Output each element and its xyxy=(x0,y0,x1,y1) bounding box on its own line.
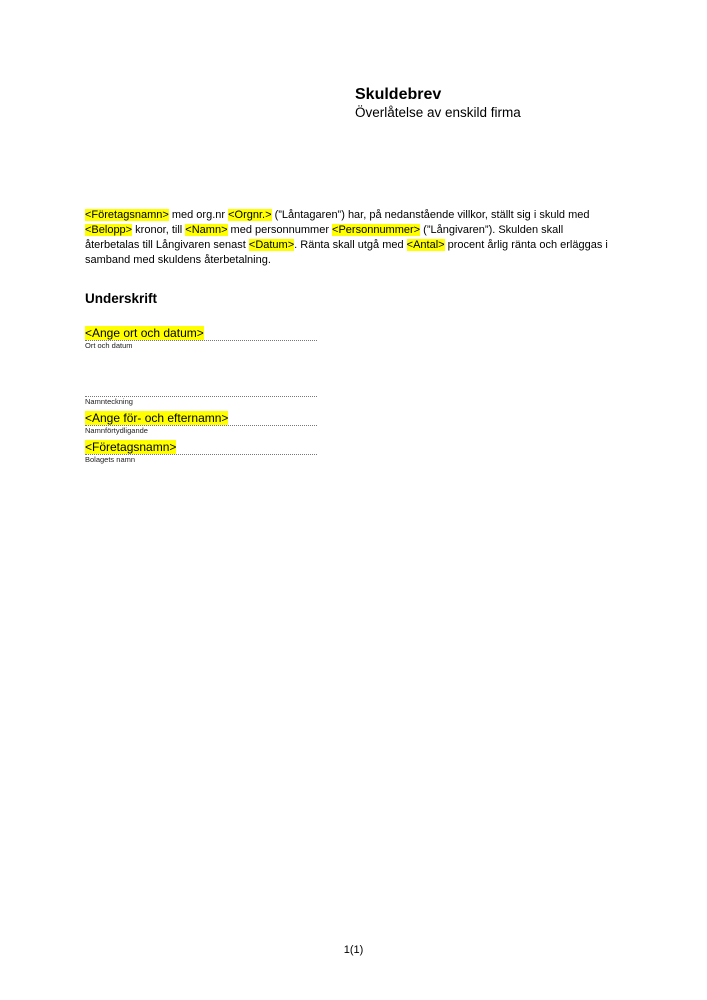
place-date-placeholder[interactable]: <Ange ort och datum> xyxy=(85,326,204,340)
signature-field-signature: Namnteckning xyxy=(85,382,317,407)
name-clarification-placeholder[interactable]: <Ange för- och efternamn> xyxy=(85,411,228,425)
company-name-placeholder[interactable]: <Företagsnamn> xyxy=(85,440,176,454)
placeholder-field[interactable]: <Belopp> xyxy=(85,224,132,236)
signature-label: Namnteckning xyxy=(85,397,317,407)
signature-field-name-clarification: <Ange för- och efternamn> Namnförtydliga… xyxy=(85,411,317,436)
body-text-segment: (”Låntagaren”) har, på nedanstående vill… xyxy=(272,209,590,221)
signature-field-place-date: <Ange ort och datum> Ort och datum xyxy=(85,326,317,351)
signature-heading: Underskrift xyxy=(85,291,157,306)
body-text-segment: . Ränta skall utgå med xyxy=(294,239,407,251)
placeholder-field[interactable]: <Datum> xyxy=(249,239,294,251)
placeholder-field[interactable]: <Antal> xyxy=(407,239,445,251)
placeholder-field[interactable]: <Orgnr.> xyxy=(228,209,271,221)
placeholder-field[interactable]: <Namn> xyxy=(185,224,227,236)
body-text-segment: kronor, till xyxy=(132,224,185,236)
document-subtitle: Överlåtelse av enskild firma xyxy=(355,105,521,120)
name-clarification-label: Namnförtydligande xyxy=(85,426,317,436)
body-text-segment: med personnummer xyxy=(228,224,333,236)
placeholder-field[interactable]: <Företagsnamn> xyxy=(85,209,169,221)
body-paragraph: <Företagsnamn> med org.nr <Orgnr.> (”Lån… xyxy=(85,208,615,268)
place-date-label: Ort och datum xyxy=(85,341,317,351)
placeholder-field[interactable]: <Personnummer> xyxy=(332,224,420,236)
signature-field-company-name: <Företagsnamn> Bolagets namn xyxy=(85,440,317,465)
company-name-label: Bolagets namn xyxy=(85,455,317,465)
document-title: Skuldebrev xyxy=(355,86,441,104)
page-number: 1(1) xyxy=(0,944,707,956)
body-text-segment: med org.nr xyxy=(169,209,228,221)
